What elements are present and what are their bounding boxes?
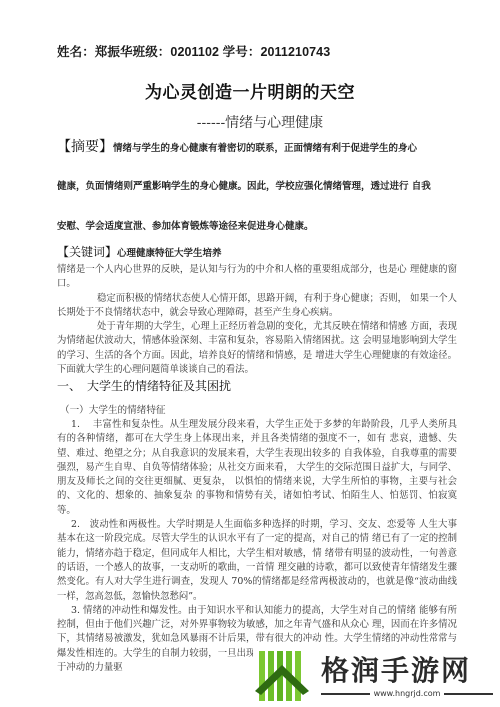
section-heading-text: 大学生的情绪特征及其困扰 [87,379,231,393]
section1-body: 1. 丰富性和复杂性。从生理发展分段来看，大学生正处于多梦的年龄阶段，几乎人类所… [57,418,457,675]
abstract-line-2: 健康，负面情绪则严重影响学生的身心健康。因此，学校应强化情绪管理，透过进行 自我 [57,176,457,216]
intro-paragraph-1: 情绪是一个人内心世界的反映，是认知与行为的中介和人格的重要组成部分，也是心 理健… [57,263,457,292]
intro-paragraph-2: 稳定而积极的情绪状态使人心情开郎，思路开阔，有利于身心健康；否则， 如果一个人长… [57,292,457,321]
list-item-2: 2. 波动性和两极性。大学时期是人生面临多种选择的时期，学习、交友、恋爱等 人生… [57,518,457,604]
intro-paragraph-3: 处于青年期的大学生，心理上正经历着急剧的变化，尤其反映在情绪和情感 方面，表现为… [57,320,457,377]
divider [444,693,493,695]
house-logo-icon [253,647,311,703]
watermark-site-name: 格润手游网 [321,649,471,689]
section-number: 一、 [57,377,87,394]
intro-section: 情绪是一个人内心世界的反映，是认知与行为的中介和人格的重要组成部分，也是心 理健… [57,263,457,377]
document-title: 为心灵创造一片明朗的天空 [0,78,500,103]
abstract-line-1: 【摘要】情绪与学生的身心健康有着密切的联系，正面情绪有利于促进学生的身心 [57,136,457,176]
abstract-text-1: 情绪与学生的身心健康有着密切的联系，正面情绪有利于促进学生的身心 [113,143,417,154]
student-info: 姓名：郑振华班级：0201102 学号：2011210743 [57,42,330,60]
section-heading-1: 一、大学生的情绪特征及其困扰 [57,377,231,394]
abstract-block: 【摘要】情绪与学生的身心健康有着密切的联系，正面情绪有利于促进学生的身心 健康，… [57,136,457,256]
list-item-1: 1. 丰富性和复杂性。从生理发展分段来看，大学生正处于多梦的年龄阶段，几乎人类所… [57,418,457,518]
keywords-label: 【关键词】 [57,245,117,259]
keywords-text: 心理健康特征大学生培养 [117,248,222,259]
watermark-url-row: www.hngrjd.com [321,689,493,698]
abstract-label: 【摘要】 [57,139,113,155]
site-watermark: 格润手游网 www.hngrjd.com [253,645,498,705]
document-page: 姓名：郑振华班级：0201102 学号：2011210743 为心灵创造一片明朗… [0,0,500,707]
document-subtitle: ------情绪与心理健康 [0,112,500,132]
watermark-url: www.hngrjd.com [370,689,445,698]
keywords-block: 【关键词】心理健康特征大学生培养 [57,243,222,260]
divider [321,693,370,695]
subsection-heading: （一）大学生的情绪特征 [60,402,166,416]
